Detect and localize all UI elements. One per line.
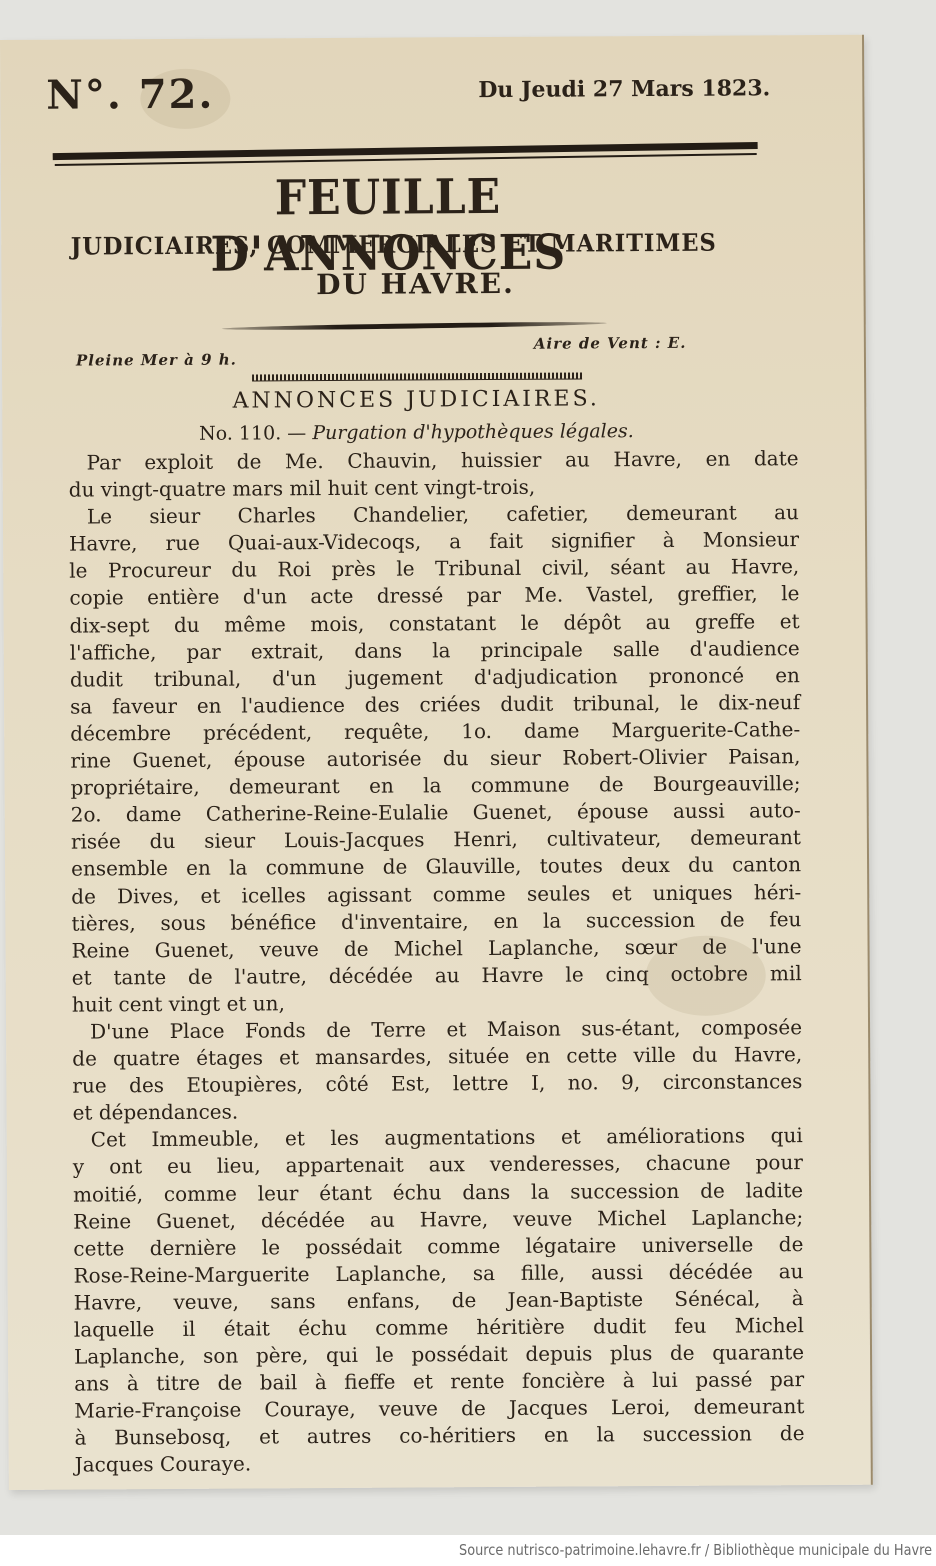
text-line: dudit tribunal, d'un jugement d'adjudica… [70,662,800,694]
newspaper-page: N°. 72. Du Jeudi 27 Mars 1823. FEUILLE D… [0,35,873,1490]
text-line: de Dives, et icelles agissant comme seul… [71,879,801,911]
text-line: Reine Guenet, décédée au Havre, veuve Mi… [73,1204,803,1236]
masthead-subtitle: JUDICIAIRES, COMMERCIALES ET MARITIMES [55,228,732,261]
high-tide-time: Pleine Mer à 9 h. [76,351,237,370]
text-line: ensemble en la commune de Glauville, tou… [71,852,801,884]
issue-number: N°. 72. [46,71,214,119]
notice-number: No. 110. — [199,422,306,445]
text-line: Reine Guenet, veuve de Michel Laplanche,… [71,933,801,965]
text-line: y ont eu lieu, appartenait aux venderess… [73,1150,803,1182]
masthead-city: DU HAVRE. [55,265,775,302]
section-title: ANNONCES JUDICIAIRES. [56,385,776,414]
notice-heading: No. 110. — Purgation d'hypothèques légal… [56,419,776,445]
notice-subject: Purgation d'hypothèques légales. [312,420,634,444]
text-line: moitié, comme leur étant échu dans la su… [73,1177,803,1209]
text-line: à Bunsebosq, et autres co-héritiers en l… [74,1420,804,1452]
text-line: dix-sept du même mois, constatant le dép… [69,608,799,640]
source-credit: Source nutrisco-patrimoine.lehavre.fr / … [459,1541,932,1559]
text-line: l'affiche, par extrait, dans la principa… [70,635,800,667]
issue-date: Du Jeudi 27 Mars 1823. [478,75,770,103]
text-line: Rose-Reine-Marguerite Laplanche, sa fill… [73,1258,803,1290]
notice-body: Par exploit de Me. Chauvin, huissier au … [69,445,805,1479]
text-line: et tante de l'autre, décédée au Havre le… [72,960,802,992]
text-line: tières, sous bénéfice d'inventaire, en l… [71,906,801,938]
text-line: copie entière d'un acte dressé par Me. V… [69,581,799,613]
text-line: rue des Etoupières, côté Est, lettre I, … [72,1068,802,1100]
ornamental-wavy-rule [252,372,582,381]
text-line: Par exploit de Me. Chauvin, huissier au … [69,445,799,477]
text-line: Jacques Couraye. [75,1448,805,1480]
masthead-rule-thick [53,142,758,160]
ornamental-swell-rule [222,321,607,332]
wind-direction: Aire de Vent : E. [534,334,687,353]
text-line: cette dernière le possédait comme légata… [73,1231,803,1263]
